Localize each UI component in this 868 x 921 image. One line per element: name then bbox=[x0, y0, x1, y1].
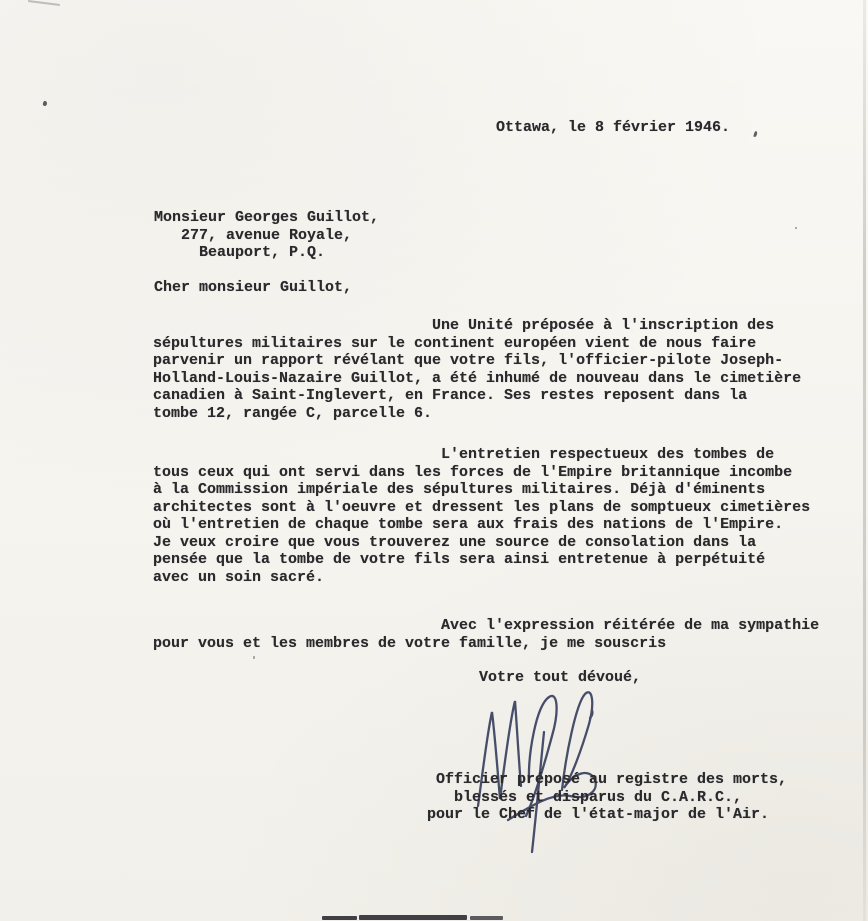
scan-edge-shadow bbox=[863, 0, 866, 921]
scan-speck bbox=[753, 131, 757, 138]
letter-date: Ottawa, le 8 février 1946. bbox=[496, 119, 730, 137]
scan-bottom-mark bbox=[359, 915, 467, 920]
salutation: Cher monsieur Guillot, bbox=[154, 279, 352, 297]
letter-paragraph-2: L'entretien respectueux des tombes de to… bbox=[153, 446, 810, 586]
scan-bottom-mark bbox=[322, 916, 357, 920]
letter-paragraph-3: Avec l'expression réitérée de ma sympath… bbox=[153, 617, 819, 652]
scan-bottom-mark bbox=[470, 916, 503, 920]
scanned-letter-page: Ottawa, le 8 février 1946. Monsieur Geor… bbox=[0, 0, 868, 921]
scan-speck bbox=[28, 0, 60, 5]
signature-title-block: Officier préposé au registre des morts, … bbox=[427, 771, 787, 824]
recipient-address: Monsieur Georges Guillot, 277, avenue Ro… bbox=[154, 209, 379, 262]
scan-speck bbox=[253, 656, 255, 659]
scan-speck bbox=[795, 227, 797, 229]
valediction: Votre tout dévoué, bbox=[479, 669, 641, 687]
letter-paragraph-1: Une Unité préposée à l'inscription des s… bbox=[153, 317, 801, 422]
scan-speck bbox=[42, 100, 47, 106]
